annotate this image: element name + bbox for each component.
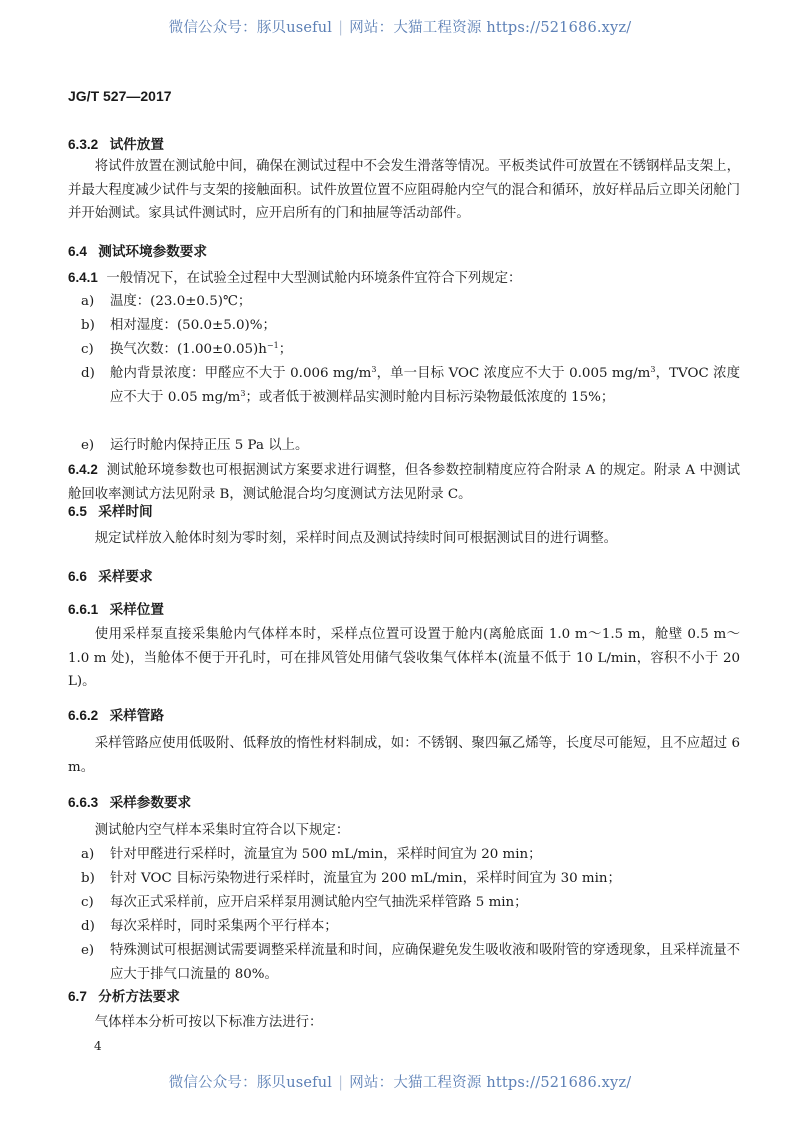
list-marker: d) [81,915,95,939]
paragraph-6-6-3-intro: 测试舱内空气样本采集时宜符合以下规定： [68,819,740,843]
list-text: 特殊测试可根据测试需要调整采样流量和时间，应确保避免发生吸收液和吸附管的穿透现象… [110,939,740,986]
watermark-separator: | [338,20,343,36]
watermark-website: 网站：大猫工程资源 https://521686.xyz/ [349,1075,631,1091]
list-item: c) 每次正式采样前，应开启采样泵用测试舱内空气抽洗采样管路 5 min； [68,891,740,915]
paragraph-6-4-1: 6.4.1 一般情况下，在试验全过程中大型测试舱内环境条件宜符合下列规定： [68,266,740,291]
section-title: 分析方法要求 [98,989,180,1004]
section-title: 采样位置 [110,602,164,617]
watermark-top: 微信公众号：豚贝useful|网站：大猫工程资源 https://521686.… [0,16,800,37]
list-item: a) 温度：(23.0±0.5)℃； [68,290,740,314]
list-item: d) 每次采样时，同时采集两个平行样本； [68,915,740,939]
list-marker: b) [81,314,95,338]
paragraph-6-7: 气体样本分析可按以下标准方法进行： [68,1011,740,1035]
list-marker: e) [81,939,94,963]
list-text: 针对 VOC 目标污染物进行采样时，流量宜为 200 mL/min，采样时间宜为… [110,867,740,891]
list-item: e) 特殊测试可根据测试需要调整采样流量和时间，应确保避免发生吸收液和吸附管的穿… [68,939,740,986]
section-heading-6-6-1: 6.6.1 采样位置 [68,598,164,618]
paragraph-text: 测试舱环境参数也可根据测试方案要求进行调整，但各参数控制精度应符合附录 A 的规… [68,463,740,502]
watermark-website: 网站：大猫工程资源 https://521686.xyz/ [349,20,631,36]
section-number: 6.4 [68,244,87,259]
section-title: 采样参数要求 [110,795,192,810]
paragraph-6-5: 规定试样放入舱体时刻为零时刻，采样时间点及测试持续时间可根据测试目的进行调整。 [68,527,740,551]
section-title: 采样要求 [98,569,152,584]
list-marker: b) [81,867,95,891]
list-item: c) 换气次数：(1.00±0.05)h−1； [68,338,740,362]
list-item: d) 舱内背景浓度：甲醛应不大于 0.006 mg/m3，单一目标 VOC 浓度… [68,362,740,409]
section-title: 试件放置 [110,137,164,152]
list-marker: c) [81,338,94,362]
list-marker: c) [81,891,94,915]
section-number: 6.6.3 [68,795,98,810]
section-number: 6.6.1 [68,602,98,617]
paragraph-6-6-2: 采样管路应使用低吸附、低释放的惰性材料制成，如：不锈钢、聚四氟乙烯等，长度尽可能… [68,732,740,779]
standard-code: JG/T 527—2017 [68,88,172,104]
list-text: 相对湿度：(50.0±5.0)%； [110,314,740,338]
paragraph-6-4-2: 6.4.2 测试舱环境参数也可根据测试方案要求进行调整，但各参数控制精度应符合附… [68,458,740,506]
watermark-wechat: 微信公众号：豚贝useful [169,20,333,36]
section-heading-6-5: 6.5 采样时间 [68,500,153,520]
section-heading-6-7: 6.7 分析方法要求 [68,985,180,1005]
section-title: 采样管路 [110,708,164,723]
list-item: b) 相对湿度：(50.0±5.0)%； [68,314,740,338]
list-text: 每次正式采样前，应开启采样泵用测试舱内空气抽洗采样管路 5 min； [110,891,740,915]
page-number: 4 [94,1039,102,1053]
list-item: b) 针对 VOC 目标污染物进行采样时，流量宜为 200 mL/min，采样时… [68,867,740,891]
list-marker: e) [81,434,94,458]
section-title: 测试环境参数要求 [98,244,207,259]
section-number: 6.6.2 [68,708,98,723]
list-item: a) 针对甲醛进行采样时，流量宜为 500 mL/min，采样时间宜为 20 m… [68,843,740,867]
section-heading-6-6: 6.6 采样要求 [68,565,153,585]
paragraph-6-3-2: 将试件放置在测试舱中间，确保在测试过程中不会发生滑落等情况。平板类试件可放置在不… [68,155,740,226]
section-title: 采样时间 [98,504,152,519]
list-marker: d) [81,362,95,386]
watermark-wechat: 微信公众号：豚贝useful [169,1075,333,1091]
section-heading-6-4: 6.4 测试环境参数要求 [68,240,207,260]
section-number: 6.6 [68,569,87,584]
list-text: 运行时舱内保持正压 5 Pa 以上。 [110,434,740,458]
section-heading-6-6-2: 6.6.2 采样管路 [68,704,164,724]
section-number: 6.7 [68,989,87,1004]
watermark-bottom: 微信公众号：豚贝useful|网站：大猫工程资源 https://521686.… [0,1071,800,1092]
list-text: 针对甲醛进行采样时，流量宜为 500 mL/min，采样时间宜为 20 min； [110,843,740,867]
paragraph-6-6-1: 使用采样泵直接采集舱内气体样本时，采样点位置可设置于舱内(离舱底面 1.0 m～… [68,623,740,694]
watermark-separator: | [338,1075,343,1091]
section-number: 6.4.1 [68,270,98,285]
section-number: 6.5 [68,504,87,519]
list-item: e) 运行时舱内保持正压 5 Pa 以上。 [68,434,740,458]
list-text: 换气次数：(1.00±0.05)h−1； [110,338,740,362]
section-number: 6.3.2 [68,137,98,152]
list-text: 每次采样时，同时采集两个平行样本； [110,915,740,939]
list-marker: a) [81,843,94,867]
section-number: 6.4.2 [68,462,98,477]
list-marker: a) [81,290,94,314]
section-heading-6-6-3: 6.6.3 采样参数要求 [68,791,191,811]
list-text: 温度：(23.0±0.5)℃； [110,290,740,314]
intro-text: 一般情况下，在试验全过程中大型测试舱内环境条件宜符合下列规定： [106,271,521,286]
section-heading-6-3-2: 6.3.2 试件放置 [68,133,164,153]
list-text: 舱内背景浓度：甲醛应不大于 0.006 mg/m3，单一目标 VOC 浓度应不大… [110,362,740,409]
